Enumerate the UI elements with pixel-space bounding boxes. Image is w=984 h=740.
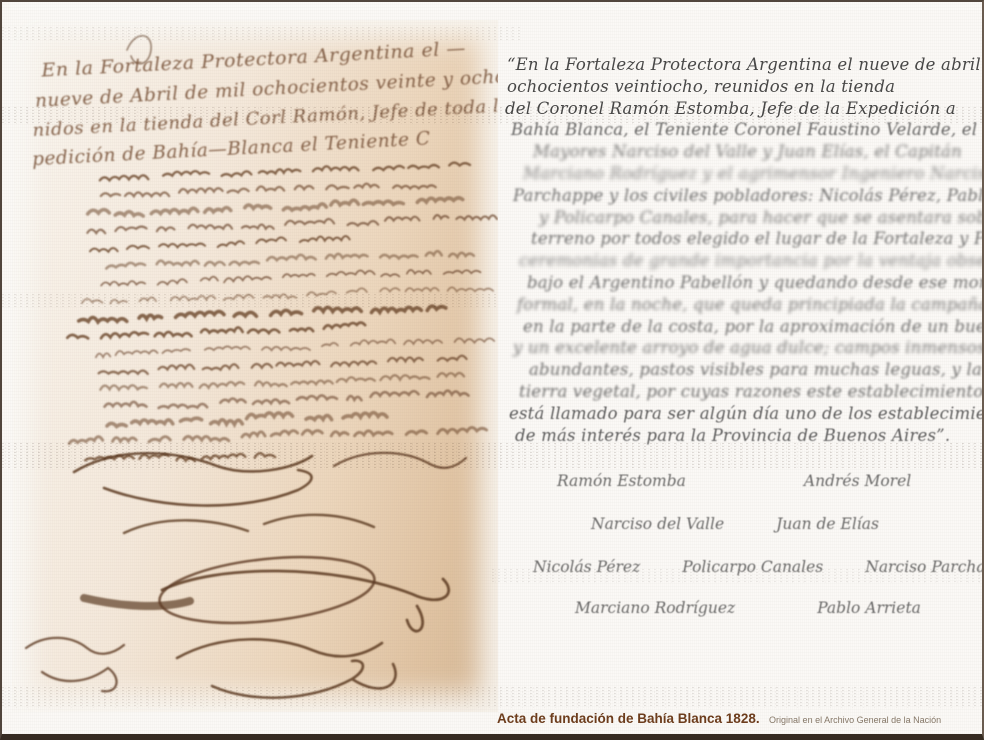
handwriting-line-squiggle bbox=[79, 303, 446, 323]
transcription-line: bajo el Argentino Pabellón y quedando de… bbox=[527, 272, 971, 294]
transcription-line: y un excelente arroyo de agua dulce; cam… bbox=[513, 337, 971, 359]
signature-name: Marciano Rodríguez bbox=[575, 599, 735, 621]
signature-name: Narciso Parchappe bbox=[865, 558, 984, 580]
handwriting-squiggles bbox=[60, 160, 498, 465]
handwriting-line-squiggle bbox=[100, 161, 471, 181]
transcription-line: Mayores Narciso del Valle y Juan Elías, … bbox=[533, 141, 971, 163]
handwriting-line-squiggle bbox=[69, 423, 487, 446]
handwriting-line-squiggle bbox=[107, 409, 387, 429]
handwriting-line-squiggle bbox=[90, 235, 350, 252]
caption: Acta de fundación de Bahía Blanca 1828. … bbox=[497, 710, 941, 728]
signature-flourish bbox=[177, 639, 396, 697]
handwriting-line-squiggle bbox=[82, 284, 493, 306]
transcription-line: abundantes, pastos visibles para muchas … bbox=[529, 359, 971, 381]
transcription-line: de más interés para la Provincia de Buen… bbox=[515, 425, 971, 447]
signature-flourish bbox=[156, 548, 377, 632]
caption-source: Original en el Archivo General de la Nac… bbox=[769, 715, 941, 725]
transcription-line: ochocientos veintiocho, reunidos en la t… bbox=[507, 76, 971, 98]
signature-name: Juan de Elías bbox=[776, 515, 879, 537]
handwriting-line-squiggle bbox=[104, 389, 468, 411]
signature-flourish bbox=[84, 598, 190, 606]
signature-name: Andrés Morel bbox=[804, 472, 911, 494]
transcription-line: tierra vegetal, por cuyas razones este e… bbox=[519, 381, 971, 403]
signature-name: Pablo Arrieta bbox=[817, 599, 921, 621]
signature-flourish bbox=[334, 453, 466, 468]
caption-title: Acta de fundación de Bahía Blanca 1828. bbox=[497, 711, 760, 726]
transcription-line: formal, en la noche, que queda principia… bbox=[517, 294, 971, 316]
handwriting-line-squiggle bbox=[96, 336, 495, 358]
transcription-line: “En la Fortaleza Protectora Argentina el… bbox=[507, 54, 971, 76]
handwriting-line-squiggle bbox=[106, 249, 474, 270]
transcription-line: ceremonias de grande importancia por la … bbox=[519, 250, 971, 272]
signature-name: Ramón Estomba bbox=[557, 472, 686, 494]
signature-flourish bbox=[74, 453, 312, 505]
manuscript-handwriting: En la Fortaleza Protectora Argentina el … bbox=[12, 20, 498, 712]
handwriting-line-squiggle bbox=[87, 213, 497, 235]
scanned-document-page: En la Fortaleza Protectora Argentina el … bbox=[0, 0, 984, 740]
transcription-line: Bahía Blanca, el Teniente Coronel Fausti… bbox=[511, 119, 971, 141]
signature-name: Policarpo Canales bbox=[682, 558, 823, 580]
transcribed-signatures: Ramón Estomba Andrés Morel Narciso del V… bbox=[505, 472, 975, 641]
transcription-line: está llamado para ser algún día uno de l… bbox=[509, 403, 971, 425]
transcription-line: terreno por todos elegido el lugar de la… bbox=[531, 228, 971, 250]
transcription-line: en la parte de la costa, por la aproxima… bbox=[523, 316, 971, 338]
manuscript-panel: En la Fortaleza Protectora Argentina el … bbox=[12, 20, 498, 712]
transcription-line: del Coronel Ramón Estomba, Jefe de la Ex… bbox=[505, 98, 971, 120]
handwriting-line-squiggle bbox=[67, 322, 365, 340]
handwriting-line-squiggle bbox=[101, 180, 436, 199]
handwriting-line-squiggle bbox=[88, 196, 463, 218]
signature-name: Narciso del Valle bbox=[591, 515, 724, 537]
handwriting-line-squiggle bbox=[100, 372, 464, 392]
signature-flourish bbox=[124, 515, 374, 533]
handwriting-line-squiggle bbox=[101, 266, 481, 287]
signature-flourish bbox=[26, 638, 124, 692]
signature-name: Nicolás Pérez bbox=[533, 558, 640, 580]
transcription-line: y Policarpo Canales, para hacer que se a… bbox=[539, 207, 971, 229]
transcription-line: Parchappe y los civiles pobladores: Nico… bbox=[513, 185, 971, 207]
transcription-panel: “En la Fortaleza Protectora Argentina el… bbox=[505, 54, 971, 446]
transcription-line: Marciano Rodríguez y el agrimensor Ingen… bbox=[523, 163, 971, 185]
handwriting-line-squiggle bbox=[98, 355, 466, 376]
